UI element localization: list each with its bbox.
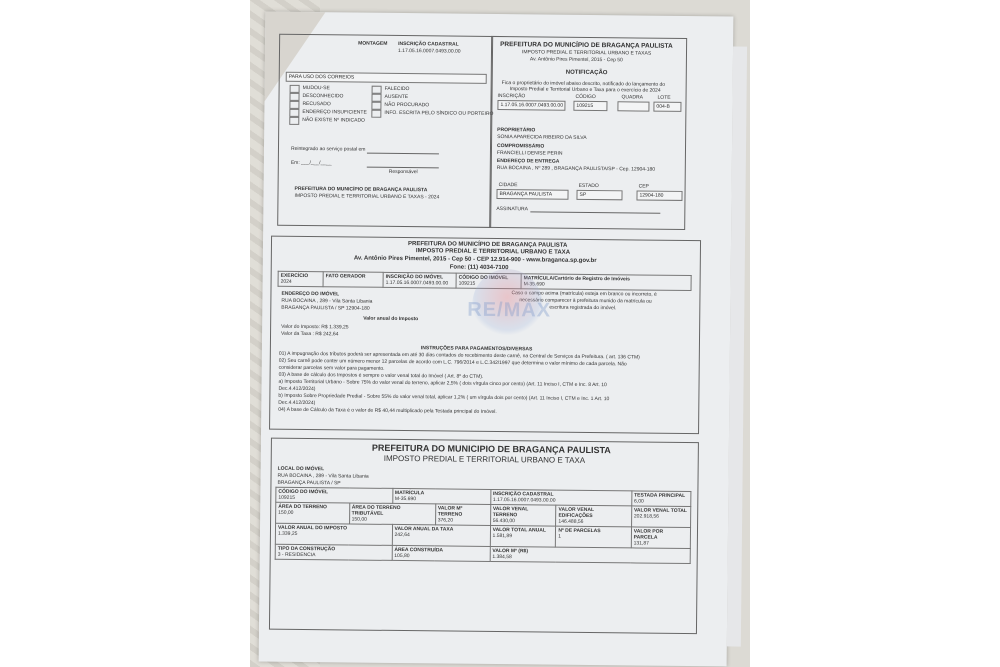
- details-cell-label: Nº DE PARCELAS: [558, 528, 628, 535]
- notificacao-heading: NOTIFICAÇÃO: [566, 70, 608, 77]
- quadra-field-label: QUADRA: [622, 95, 643, 101]
- instrucao-line: Dec.4.412/2024): [278, 401, 315, 407]
- details-cell-value: 56.430,00: [493, 518, 515, 524]
- date-field: Em: ___/___/____: [291, 161, 332, 167]
- notification-section: PREFEITURA DO MUNICÍPIO DE BRAGANÇA PAUL…: [489, 36, 687, 230]
- assinatura-line: [530, 211, 660, 213]
- details-cell: MATRÍCULAM-35.690: [392, 488, 490, 504]
- details-cell: VALOR Mº (R$)1.384,58: [490, 546, 691, 563]
- proprietario-label: PROPRIETÁRIO: [497, 128, 535, 134]
- details-cell-label: VALOR Mº (R$): [492, 548, 687, 556]
- details-cell: VALOR VENAL EDIFICAÇÕES146.488,56: [556, 505, 632, 527]
- exercicio-value: 2024: [281, 279, 292, 285]
- checkbox-label: FALECIDO: [385, 87, 410, 93]
- details-cell: TESTADA PRINCIPAL6,00: [632, 491, 691, 507]
- middle-subtitle: IMPOSTO PREDIAL E TERRITORIAL URBANO E T…: [416, 248, 570, 256]
- fato-gerador-label: FATO GERADOR: [326, 273, 381, 280]
- details-cell-value: 242,64: [394, 532, 409, 538]
- codigo-field: 109215: [573, 101, 607, 111]
- details-cell: VALOR ANUAL DA TAXA242,64: [392, 524, 490, 546]
- checkbox-label: RECUSADO: [302, 102, 330, 108]
- postal-section: MONTAGEM INSCRIÇÃO CADASTRAL 1.17.05.16.…: [277, 34, 493, 228]
- estado-label: ESTADO: [579, 184, 599, 190]
- details-cell: VALOR TOTAL ANUAL1.581,89: [490, 525, 556, 547]
- checkbox[interactable]: [289, 117, 299, 125]
- checkbox[interactable]: [289, 93, 299, 101]
- details-cell: VALOR ANUAL DO IMPOSTO1.339,25: [275, 523, 392, 545]
- details-cell-value: 3 - RESIDENCIA: [278, 552, 316, 558]
- details-cell: TIPO DA CONSTRUÇÃO3 - RESIDENCIA: [275, 544, 392, 560]
- details-cell-value: 150,00: [352, 516, 367, 522]
- details-cell-label: VALOR POR PARCELA: [634, 528, 688, 541]
- details-cell-value: 105,80: [394, 553, 409, 559]
- details-cell-label: VALOR VENAL EDIFICAÇÕES: [558, 507, 629, 520]
- inscricao-value: 1.17.05.16.0007.0493.00.00: [398, 49, 461, 55]
- reintegrado-line: [367, 153, 439, 155]
- details-cell: ÁREA CONSTRUÍDA105,80: [392, 545, 490, 561]
- details-cell: ÁREA DO TERRENO TRIBUTÁVEL150,00: [349, 503, 435, 525]
- correios-header: PARA USO DOS CORREIOS: [286, 72, 487, 84]
- lote-field-label: LOTE: [657, 96, 670, 102]
- details-cell-value: 1.17.05.16.0007.0493.00.00: [493, 497, 556, 504]
- cep-field: 12904-180: [636, 190, 682, 200]
- checkbox[interactable]: [371, 102, 381, 110]
- details-row: TIPO DA CONSTRUÇÃO3 - RESIDENCIAÁREA CON…: [275, 544, 690, 563]
- responsavel-label: Responsável: [389, 170, 418, 176]
- codigo-imovel-value: 109215: [459, 281, 476, 287]
- inscricao-field: 1.17.05.16.0007.0493.00.00: [497, 100, 565, 111]
- lote-field: 004-B: [653, 102, 681, 112]
- details-cell: VALOR VENAL TOTAL202.918,56: [631, 506, 690, 528]
- details-cell-label: VALOR Mº TERRENO: [438, 505, 488, 518]
- checkbox-label: DESCONHECIDO: [302, 94, 343, 100]
- matricula-label: MATRÍCULA/Cartório de Registro de Imóvei…: [524, 275, 689, 283]
- details-cell-value: 1.339,25: [278, 531, 298, 537]
- checkbox-list-left: MUDOU-SEDESCONHECIDORECUSADOENDEREÇO INS…: [280, 35, 492, 37]
- details-cell: Nº DE PARCELAS1: [556, 526, 632, 548]
- checkbox-label: NÃO PROCURADO: [384, 103, 429, 109]
- compromissario-value: FRANCIELLI DENISE PERIN: [497, 151, 563, 157]
- cidade-field: BRAGANÇA PAULISTA: [496, 189, 568, 200]
- checkbox[interactable]: [289, 109, 299, 117]
- instrucao-line: a) Imposto Territorial Urbano - Sobre 75…: [279, 380, 607, 389]
- details-cell: VALOR VENAL TERRENO56.430,00: [490, 504, 556, 526]
- details-cell-value: 109215: [278, 495, 295, 501]
- details-cell: CÓDIGO DO IMÓVEL109215: [276, 487, 393, 503]
- details-cell: VALOR Mº TERRENO376,20: [435, 504, 490, 526]
- bottom-subtitle: IMPOSTO PREDIAL E TERRITORIAL URBANO E T…: [384, 455, 585, 466]
- property-details-table: CÓDIGO DO IMÓVEL109215MATRÍCULAM-35.690I…: [275, 487, 692, 564]
- checkbox-label: MUDOU-SE: [303, 86, 330, 92]
- details-cell-value: 1: [558, 534, 561, 540]
- montagem-label: MONTAGEM: [358, 42, 387, 48]
- valor-anual-header: Valor anual do Imposto: [363, 317, 418, 323]
- details-cell-value: M-35.690: [395, 496, 416, 502]
- quadra-field: [617, 101, 649, 111]
- details-cell-value: 202.918,56: [634, 513, 659, 519]
- proprietario-value: SONIA APARECIDA RIBEIRO DA SILVA: [497, 135, 587, 141]
- details-cell-value: 6,00: [634, 498, 644, 504]
- details-cell-label: VALOR VENAL TERRENO: [493, 506, 554, 519]
- property-details-section: PREFEITURA DO MUNICIPIO DE BRAGANÇA PAUL…: [269, 438, 699, 634]
- notification-address: Av. Antônio Pires Pimentel, 2015 - Cep 5…: [530, 57, 623, 63]
- inscricao-field-label: INSCRIÇÃO: [498, 94, 526, 100]
- footer-line2: IMPOSTO PREDIAL E TERRITORIAL URBANO E T…: [294, 194, 439, 201]
- assinatura-label: ASSINATURA: [496, 207, 528, 213]
- cep-label: CEP: [639, 184, 649, 190]
- matricula-note-3: escritura registrada do imóvel.: [549, 306, 616, 312]
- watermark: RE/MAX: [467, 299, 551, 323]
- checkbox-label: AUSENTE: [384, 95, 408, 101]
- endereco-entrega-value: RUA BOCAINA , Nº 289 , BRAGANÇA PAULISTA…: [497, 166, 655, 173]
- details-cell-value: 376,20: [438, 517, 453, 523]
- checkbox[interactable]: [289, 101, 299, 109]
- checkbox[interactable]: [371, 110, 381, 118]
- estado-field: SP: [576, 190, 622, 200]
- checkbox[interactable]: [371, 94, 381, 102]
- instrucao-line: b) Imposto Sobre Propriedade Predial - S…: [278, 394, 609, 403]
- inscricao-imovel-value: 1.17.05.16.0007.0493.00.00: [386, 280, 449, 287]
- middle-address: Av. Antônio Pires Pimentel, 2015 - Cep 5…: [354, 256, 597, 265]
- details-cell: ÁREA DO TERRENO150,00: [276, 502, 350, 524]
- instrucao-line: 04) A base de Cálculo da Taxa é o valor …: [278, 408, 497, 416]
- details-cell: INSCRIÇÃO CADASTRAL1.17.05.16.0007.0493.…: [490, 489, 631, 505]
- checkbox-list-right: FALECIDOAUSENTENÃO PROCURADOINFO. ESCRIT…: [280, 35, 492, 37]
- instrucao-line: Dec.4.412/2024): [278, 387, 315, 393]
- checkbox-label: INFO. ESCRITA PELO SÍNDICO OU PORTEIRO: [384, 111, 493, 118]
- checkbox-label: NÃO EXISTE Nº INDICADO: [302, 118, 365, 124]
- details-cell-label: ÁREA DO TERRENO TRIBUTÁVEL: [352, 504, 433, 517]
- details-cell: VALOR POR PARCELA131,87: [631, 527, 690, 549]
- endereco-imovel-line2: BRAGANÇA PAULISTA / SP 12904-180: [281, 306, 369, 312]
- checkbox[interactable]: [290, 85, 300, 93]
- checkbox[interactable]: [372, 86, 382, 94]
- codigo-field-label: CÓDIGO: [576, 95, 596, 101]
- valor-taxa: Valor da Taxa : R$ 242,64: [281, 332, 338, 338]
- cidade-label: CIDADE: [499, 183, 518, 189]
- details-cell-value: 150,00: [278, 510, 293, 516]
- tax-notice-paper: MONTAGEM INSCRIÇÃO CADASTRAL 1.17.05.16.…: [259, 12, 734, 667]
- details-cell-value: 1.384,58: [492, 554, 512, 560]
- details-cell-value: 1.581,89: [493, 533, 513, 539]
- checkbox-label: ENDEREÇO INSUFICIENTE: [302, 110, 367, 116]
- details-cell-value: 146.488,56: [558, 519, 583, 525]
- details-cell-value: 131,87: [634, 540, 649, 546]
- reintegrado-label: Reintegrado ao serviço postal em: [291, 147, 366, 153]
- tax-summary-section: PREFEITURA DO MUNICÍPIO DE BRAGANÇA PAUL…: [269, 236, 701, 434]
